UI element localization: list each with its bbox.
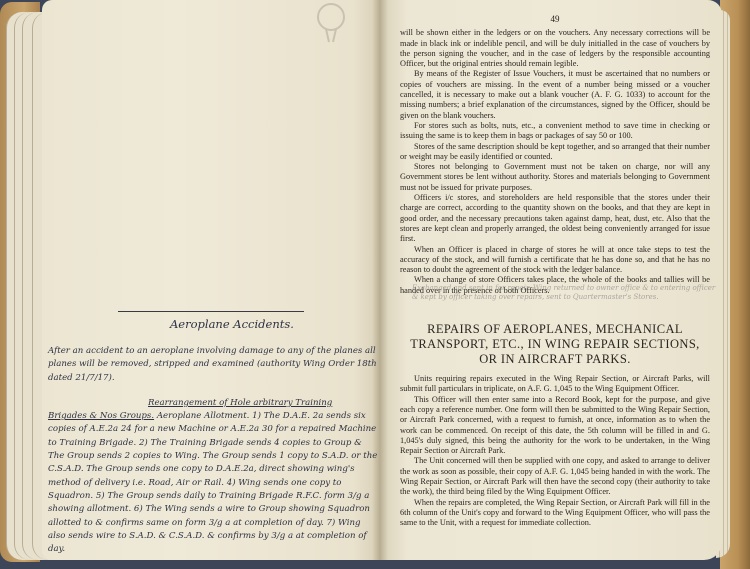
seal-watermark-icon xyxy=(316,2,346,54)
handwritten-paragraph: After an accident to an aeroplane involv… xyxy=(48,345,378,385)
handwritten-notes: After an accident to an aeroplane involv… xyxy=(48,345,378,556)
printed-paragraph: When an Officer is placed in charge of s… xyxy=(400,245,710,276)
printed-paragraph: Stores of the same description should be… xyxy=(400,142,710,163)
printed-paragraph: For stores such as bolts, nuts, etc., a … xyxy=(400,121,710,142)
title-rule xyxy=(118,311,304,312)
handwritten-title: Aeroplane Accidents. xyxy=(170,317,294,331)
open-book: Aeroplane Accidents. After an accident t… xyxy=(0,0,750,569)
handwritten-lead: Brigades & Nos Groups. xyxy=(48,411,154,421)
page-number: 49 xyxy=(400,14,710,24)
pencil-annotation: Exchanged and sent in for repair. Wing r… xyxy=(412,284,722,302)
printed-paragraph: The Unit concerned will then be supplied… xyxy=(400,456,710,497)
printed-text: 49 will be shown either in the ledgers o… xyxy=(400,14,710,528)
printed-paragraph: will be shown either in the ledgers or o… xyxy=(400,28,710,69)
book-gutter xyxy=(372,0,388,560)
handwritten-paragraph: Brigades & Nos Groups. Aeroplane Allotme… xyxy=(48,410,378,556)
printed-paragraph: By means of the Register of Issue Vouche… xyxy=(400,69,710,120)
handwritten-allotment-text: Aeroplane Allotment. 1) The D.A.E. 2a se… xyxy=(48,411,377,554)
handwritten-subheading: Rearrangement of Hole arbitrary Training xyxy=(48,397,378,410)
printed-paragraph: Units requiring repairs executed in the … xyxy=(400,374,710,395)
printed-paragraph: When the repairs are completed, the Wing… xyxy=(400,498,710,529)
printed-paragraph: Officers i/c stores, and storeholders ar… xyxy=(400,193,710,244)
printed-paragraph: Stores not belonging to Government must … xyxy=(400,162,710,193)
printed-paragraph: This Officer will then enter same into a… xyxy=(400,395,710,457)
section-heading: REPAIRS OF AEROPLANES, MECHANICAL TRANSP… xyxy=(400,322,710,367)
